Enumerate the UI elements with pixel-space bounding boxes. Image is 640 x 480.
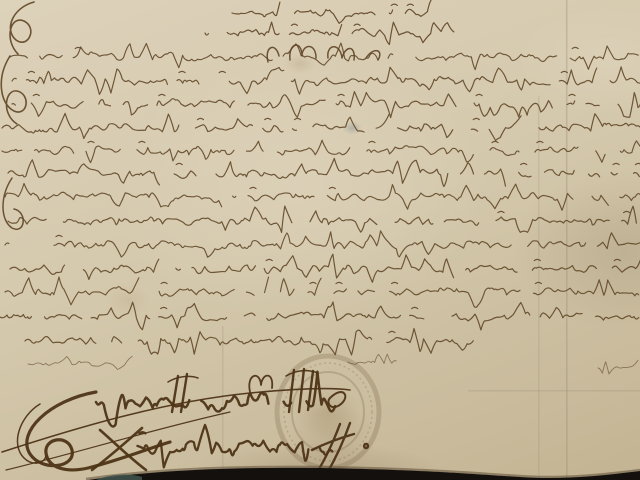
handwritten-text-lines bbox=[0, 0, 640, 467]
table-edge-shadow bbox=[86, 467, 640, 480]
manuscript-photo bbox=[0, 0, 640, 480]
signature-flourish bbox=[2, 369, 368, 475]
handwriting-layer bbox=[0, 0, 640, 480]
